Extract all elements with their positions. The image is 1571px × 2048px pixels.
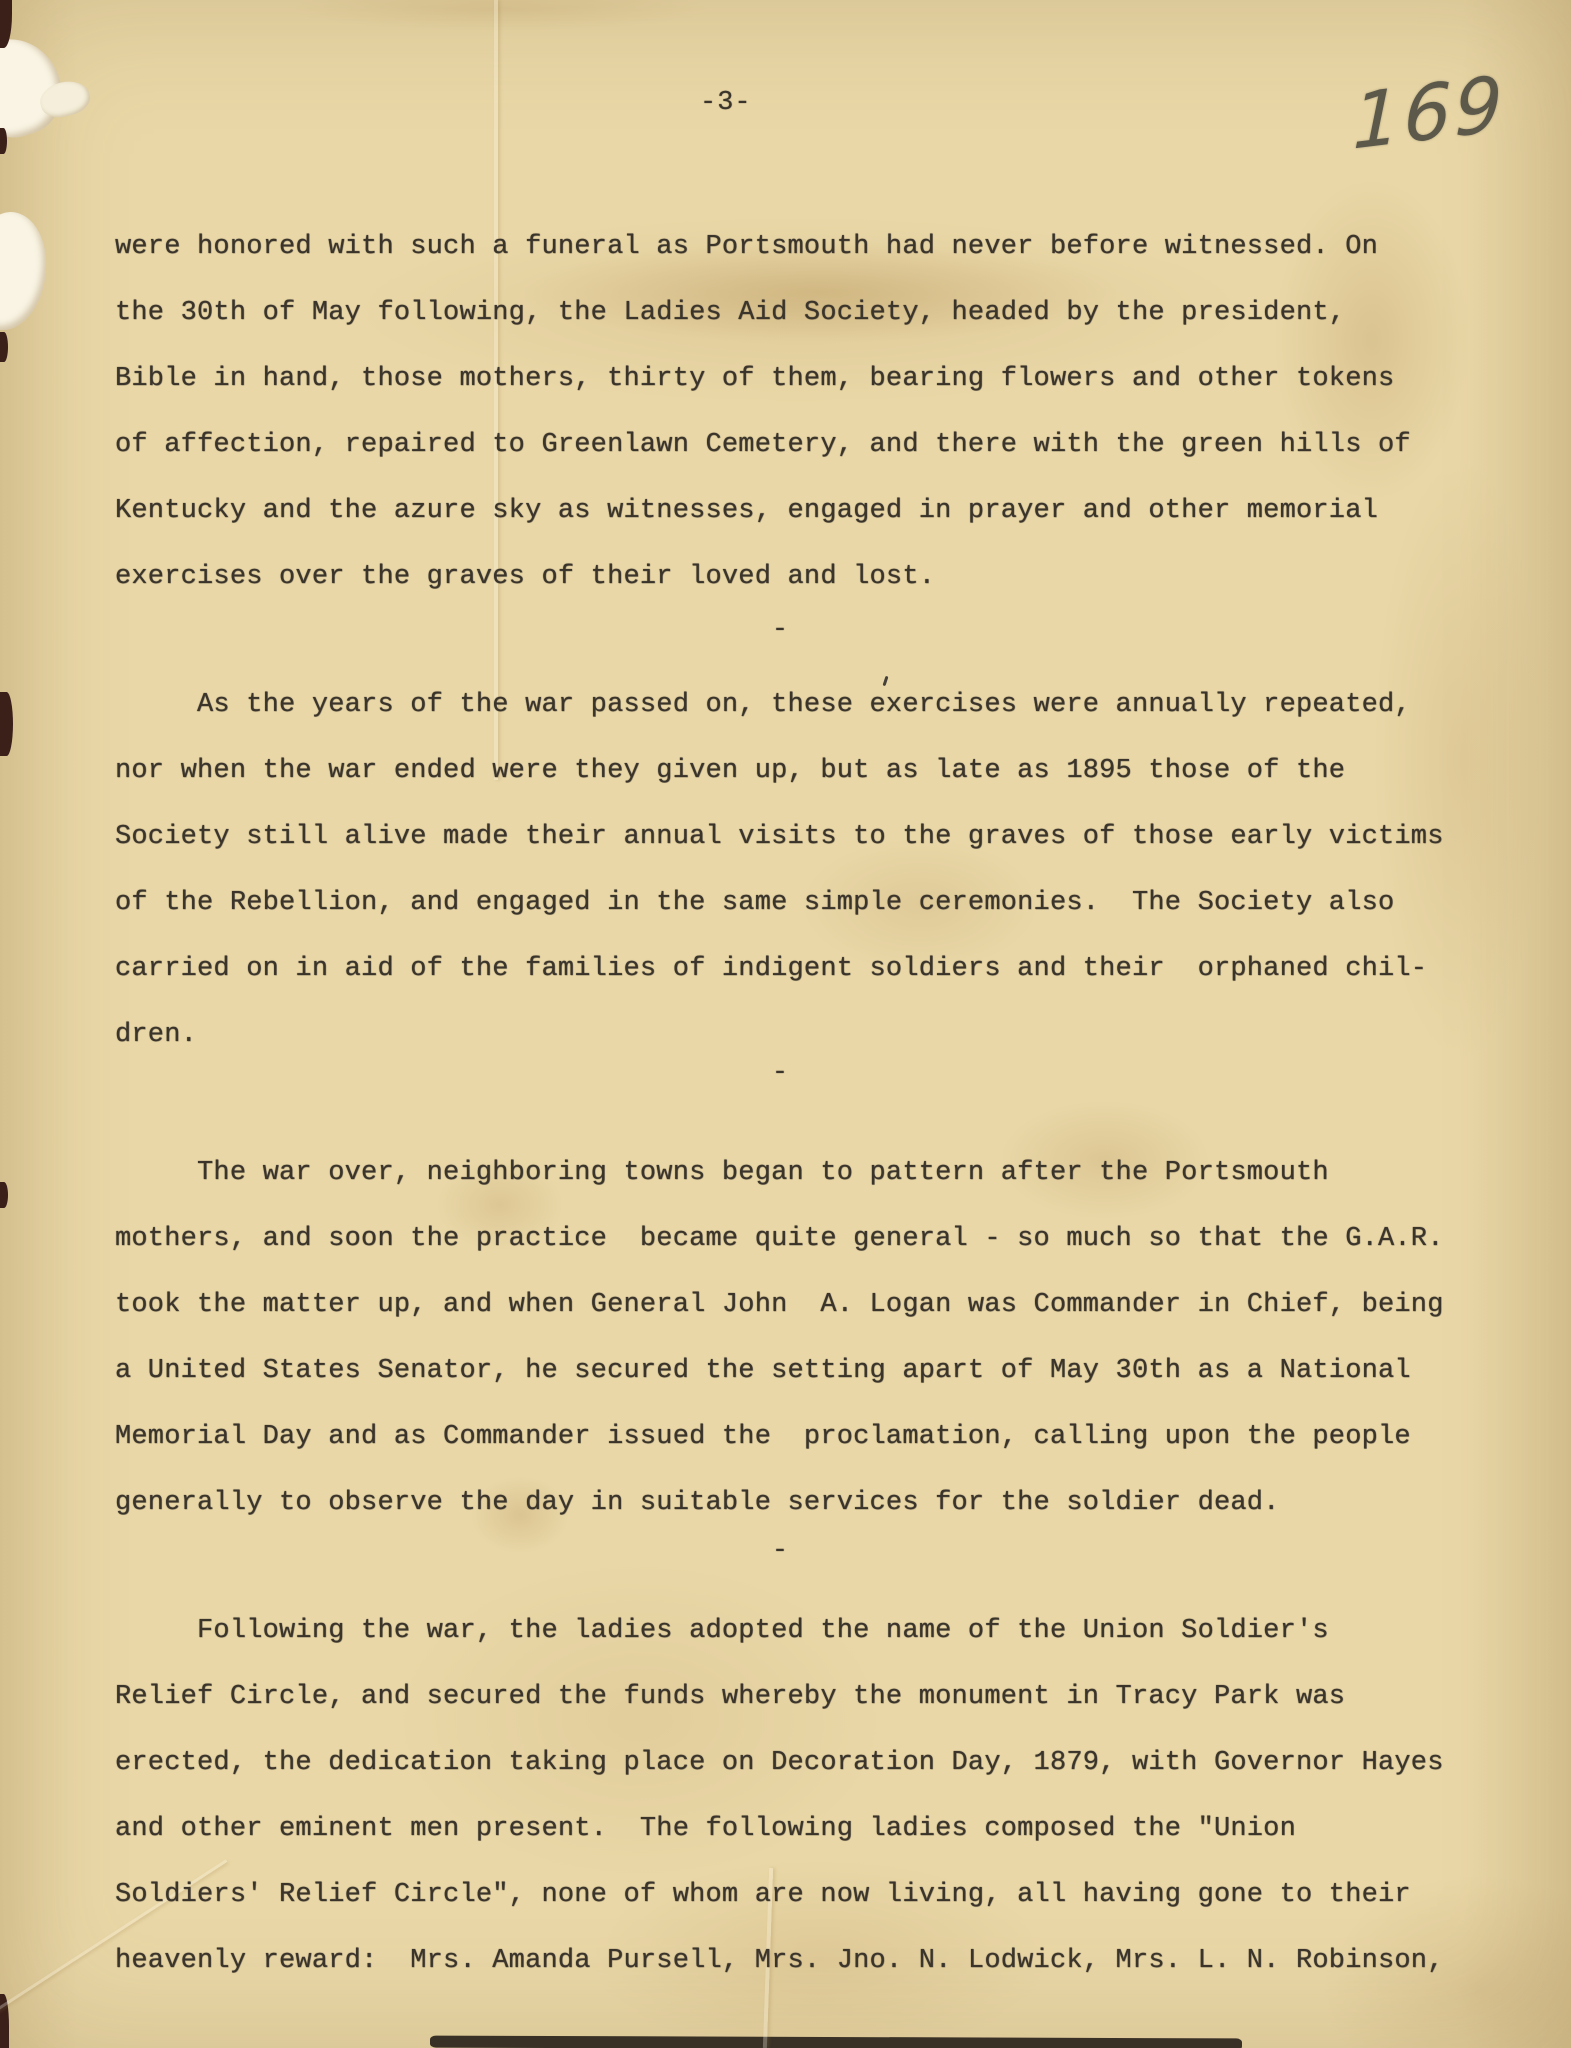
section-separator-dash: - [115, 1040, 1445, 1106]
text-line: were honored with such a funeral as Port… [115, 214, 1445, 280]
paragraph-1: were honored with such a funeral as Port… [115, 214, 1445, 610]
section-separator-dash: - [115, 1518, 1445, 1584]
paragraph-4: Following the war, the ladies adopted th… [115, 1598, 1445, 1994]
text-line: of the Rebellion, and engaged in the sam… [115, 870, 1445, 936]
section-separator-dash: - [115, 597, 1445, 663]
torn-edge-dark-sliver [0, 692, 13, 756]
torn-edge-dark-sliver [0, 332, 8, 362]
text-line: Society still alive made their annual vi… [115, 804, 1445, 870]
text-line: mothers, and soon the practice became qu… [115, 1206, 1445, 1272]
text-line: the 30th of May following, the Ladies Ai… [115, 280, 1445, 346]
text-line: Relief Circle, and secured the funds whe… [115, 1664, 1445, 1730]
torn-edge-dark-sliver [0, 128, 7, 154]
text-line: Bible in hand, those mothers, thirty of … [115, 346, 1445, 412]
text-line: carried on in aid of the families of ind… [115, 936, 1445, 1002]
torn-edge-dark-sliver [0, 1182, 8, 1208]
text-line: As the years of the war passed on, these… [115, 672, 1445, 738]
text-line: heavenly reward: Mrs. Amanda Pursell, Mr… [115, 1928, 1445, 1994]
text-line: took the matter up, and when General Joh… [115, 1272, 1445, 1338]
torn-edge-notch [0, 205, 57, 337]
text-line: nor when the war ended were they given u… [115, 738, 1445, 804]
paragraph-3: The war over, neighboring towns began to… [115, 1140, 1445, 1536]
text-line: Following the war, the ladies adopted th… [115, 1598, 1445, 1664]
manuscript-page: -3- 169 were honored with such a funeral… [0, 0, 1571, 2048]
paragraph-2: As the years of the war passed on, these… [115, 672, 1445, 1068]
text-line: The war over, neighboring towns began to… [115, 1140, 1445, 1206]
text-line: erected, the dedication taking place on … [115, 1730, 1445, 1796]
handwritten-folio-number: 169 [1352, 58, 1506, 167]
text-line: Memorial Day and as Commander issued the… [115, 1404, 1445, 1470]
text-line: a United States Senator, he secured the … [115, 1338, 1445, 1404]
page-number: -3- [700, 88, 752, 118]
bottom-edge-shadow [430, 2036, 1242, 2048]
text-line: of affection, repaired to Greenlawn Ceme… [115, 412, 1445, 478]
text-line: Kentucky and the azure sky as witnesses,… [115, 478, 1445, 544]
text-line: Soldiers' Relief Circle", none of whom a… [115, 1862, 1445, 1928]
text-line: and other eminent men present. The follo… [115, 1796, 1445, 1862]
